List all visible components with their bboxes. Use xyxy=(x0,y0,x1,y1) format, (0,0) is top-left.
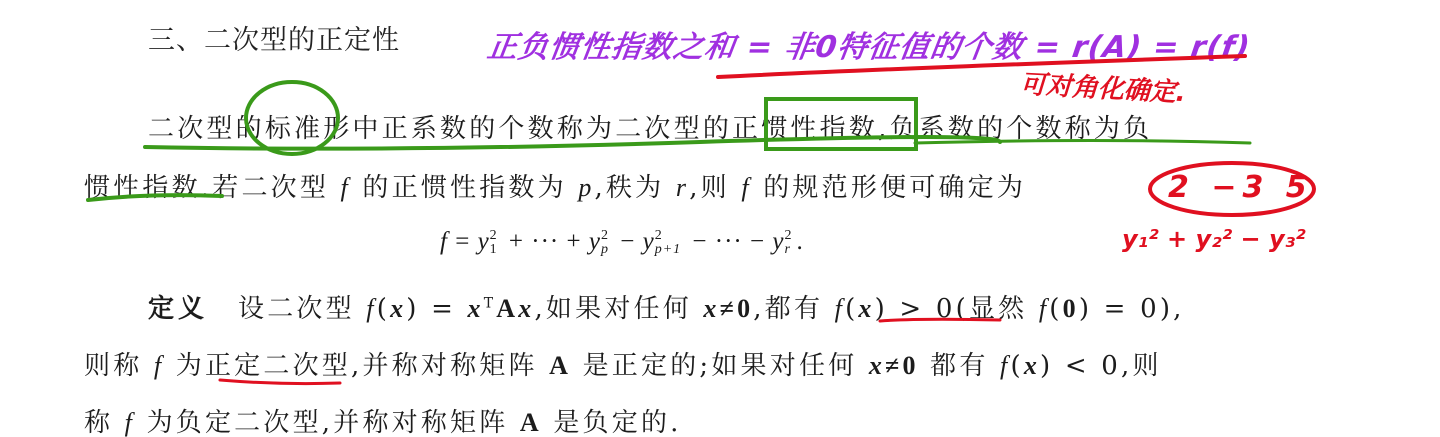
sup-sub: 21 xyxy=(490,229,498,257)
canonical-form-formula: f = y21 + ··· + y2p − y2p+1 − ··· − y2r. xyxy=(440,228,804,257)
math-var-f: f xyxy=(440,228,448,255)
text-segment: 是负定的. xyxy=(542,408,682,437)
math-var-y: y xyxy=(589,228,601,255)
text-segment: ,如果对任何 xyxy=(534,294,703,324)
math-var-x: x xyxy=(468,294,484,323)
math-var-p: p xyxy=(578,173,594,202)
text-segment: 为 xyxy=(164,351,205,381)
definition-label: 定义 xyxy=(148,294,208,324)
math-var-y: y xyxy=(643,228,655,255)
period: . xyxy=(796,228,803,255)
text-segment: 为负定二次型,并称对称矩阵 xyxy=(135,408,520,437)
text-segment: ,都有 xyxy=(753,294,834,324)
math-var-y: y xyxy=(772,228,784,255)
circled-eigenvalues: 2 −3 5 xyxy=(1168,170,1313,205)
math-var-f: f xyxy=(341,173,351,202)
paragraph-line-2: 惯性指数.若二次型 f 的正惯性指数为 p,秩为 r,则 f 的规范形便可确定为 xyxy=(84,167,1026,204)
math-var-x: x xyxy=(858,294,874,323)
text-segment: 称 xyxy=(84,408,125,437)
superscript: 2 xyxy=(490,229,498,243)
zero-vector: 0 xyxy=(1063,294,1079,323)
text-segment: ,并称对称矩阵 xyxy=(351,351,549,381)
superscript: 2 xyxy=(784,229,792,243)
handwritten-red-formula: y₁² + y₂² − y₃² xyxy=(1122,225,1306,253)
text-segment: 是正定的;如果对任何 xyxy=(571,351,869,381)
text-segment: 的规范形便可确定为 xyxy=(752,173,1026,203)
math-var-f: f xyxy=(366,294,376,323)
superscript: 2 xyxy=(655,229,681,243)
definition-line-3: 称 f 为负定二次型,并称对称矩阵 A 是负定的. xyxy=(84,402,682,437)
minus-dots-minus: − ··· − xyxy=(685,228,772,255)
circled-term-standard-form: 标准形 xyxy=(265,114,353,144)
section-heading: 三、二次型的正定性 xyxy=(148,18,400,57)
equals-sign: = xyxy=(448,228,478,255)
math-var-f: f xyxy=(154,351,164,380)
text-segment: (显然 xyxy=(956,294,1039,324)
text-segment: ,则 xyxy=(1121,351,1162,381)
math-var-x: x xyxy=(1024,351,1040,380)
text-segment: ) = 0), xyxy=(1079,294,1185,324)
text-segment: 若二次型 xyxy=(212,173,340,203)
text-segment: 则称 xyxy=(84,351,154,381)
handwritten-note-purple: 正负惯性指数之和 = 非0特征值的个数 = r(A) = r(f) xyxy=(485,22,1254,66)
matrix-A: A xyxy=(520,408,542,437)
underlined-term-negative-inertia-index: 惯性指数. xyxy=(84,173,212,203)
boxed-term-positive-inertia-index: 正惯性指数 xyxy=(732,114,878,144)
math-var-x: x xyxy=(703,294,719,323)
definition-line-1: 定义设二次型 f(x) = xTAx,如果对任何 x≠0,都有 f(x) > 0… xyxy=(148,288,1185,325)
subscript: p xyxy=(601,243,609,257)
math-var-y: y xyxy=(478,228,490,255)
text-segment: 中正系数的个数称为二次型的 xyxy=(352,114,732,144)
math-var-f: f xyxy=(1000,351,1010,380)
not-equal-zero: ≠0 xyxy=(720,294,754,323)
sup-sub: 2p xyxy=(601,229,609,257)
math-var-x: x xyxy=(869,351,885,380)
handwritten-note-red: 可对角化确定. xyxy=(1019,64,1187,110)
text-segment: 设二次型 xyxy=(238,294,366,324)
superscript: 2 xyxy=(601,229,609,243)
transpose-sup: T xyxy=(484,295,497,311)
text-segment: 都有 xyxy=(919,351,1000,381)
minus-sign: − xyxy=(613,228,643,255)
sup-sub: 2r xyxy=(784,229,792,257)
subscript: 1 xyxy=(490,243,498,257)
matrix-A: A xyxy=(549,351,571,380)
math-var-f: f xyxy=(125,408,135,437)
definition-line-2: 则称 f 为正定二次型,并称对称矩阵 A 是正定的;如果对任何 x≠0 都有 f… xyxy=(84,345,1162,382)
underlined-term-positive-definite: 正定二次型 xyxy=(205,351,351,381)
subscript: r xyxy=(784,243,792,257)
math-var-f: f xyxy=(835,294,845,323)
equals: ) = xyxy=(406,294,467,324)
not-equal-zero: ≠0 xyxy=(885,351,919,380)
text-segment: ,负系数的个数称为负 xyxy=(878,114,1152,144)
paragraph-line-1: 二次型的标准形中正系数的个数称为二次型的正惯性指数,负系数的个数称为负 xyxy=(148,108,1152,145)
subscript: p+1 xyxy=(655,243,681,257)
text-segment: ,秩为 xyxy=(595,173,676,203)
text-segment: 的正惯性指数为 xyxy=(351,173,578,203)
text-segment: ,则 xyxy=(689,173,741,203)
matrix-A: A xyxy=(496,294,518,323)
sup-sub: 2p+1 xyxy=(655,229,681,257)
math-var-x: x xyxy=(390,294,406,323)
math-var-f: f xyxy=(1039,294,1049,323)
less-than-zero: < 0 xyxy=(1053,351,1121,381)
greater-than-zero: > 0 xyxy=(888,294,956,324)
plus-dots-plus: + ··· + xyxy=(502,228,589,255)
math-var-r: r xyxy=(676,173,689,202)
text-segment: 二次型的 xyxy=(148,114,265,144)
math-var-f: f xyxy=(741,173,751,202)
math-var-x: x xyxy=(518,294,534,323)
